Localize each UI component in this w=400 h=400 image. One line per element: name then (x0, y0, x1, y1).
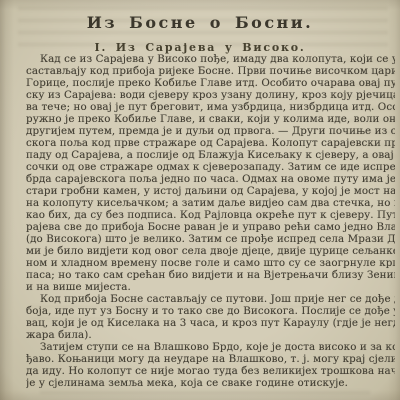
text-line: (до Високога) што је велико. Затим се пр… (26, 233, 395, 245)
text-line: ску из Сарајева: води сјеверу кроз узану… (26, 89, 395, 101)
text-line: Кад се из Сарајева у Високо пође, имаду … (26, 53, 395, 65)
text-line: је у сјелинама земља мека, која се сваке… (26, 377, 395, 389)
text-line: да иду. Но колопут се није могао туда бе… (26, 365, 395, 377)
text-line: жара била). (26, 329, 395, 341)
text-line: Горице, послије преко Кобиље Главе итд. … (26, 77, 395, 89)
text-line: састављају код прибоја ријеке Босне. Прв… (26, 65, 395, 77)
text-line: Затијем ступи се на Влашково Брдо, које … (26, 341, 395, 353)
text-line: и на више мијеста. (26, 281, 395, 293)
text-line: ђаво. Коњаници могу да неударе на Влашко… (26, 353, 395, 365)
text-line: сочки од ове стражаре одмах к сјеверозап… (26, 161, 395, 173)
text-line: Код прибоја Босне састављају се путови. … (26, 293, 395, 305)
text-line: паду од Сарајева, а послије од Блажуја К… (26, 149, 395, 161)
text-line: брда сарајевскога поља једно по часа. Од… (26, 173, 395, 185)
text-line: на колопуту кисељачком; а затим даље вид… (26, 197, 395, 209)
section-heading: I. Из Сарајева у Високо. (0, 32, 400, 54)
text-line: као бих, да су без подписа. Код Рајловца… (26, 209, 395, 221)
text-line: другијем путем, премда је и дуљи од прво… (26, 125, 395, 137)
text-line: вац, који је од Киселака на 3 часа, и кр… (26, 317, 395, 329)
text-line: стари гробни камен, у истој даљини од Са… (26, 185, 395, 197)
page-title: Из Босне о Босни. (0, 0, 400, 32)
body-text: Кад се из Сарајева у Високо пође, имаду … (0, 53, 400, 389)
scanned-page: Из Босне о Босни. I. Из Сарајева у Висок… (0, 0, 400, 400)
text-line: ва тече; но овај је пут бреговит, има уз… (26, 101, 395, 113)
text-line: боја, иде пут уз Босну и то тако све до … (26, 305, 395, 317)
text-line: скога поља код прве стражаре од Сарајева… (26, 137, 395, 149)
text-line: паса; но тако сам срећан био видјети и н… (26, 269, 395, 281)
text-line: ружно је преко Кобиље Главе, и сваки, ко… (26, 113, 395, 125)
text-line: ном и хладном времену посве голе и само … (26, 257, 395, 269)
text-line: ми је било видјети код овог села двоје д… (26, 245, 395, 257)
text-line: рајева све до прибоја Босне раван је и у… (26, 221, 395, 233)
